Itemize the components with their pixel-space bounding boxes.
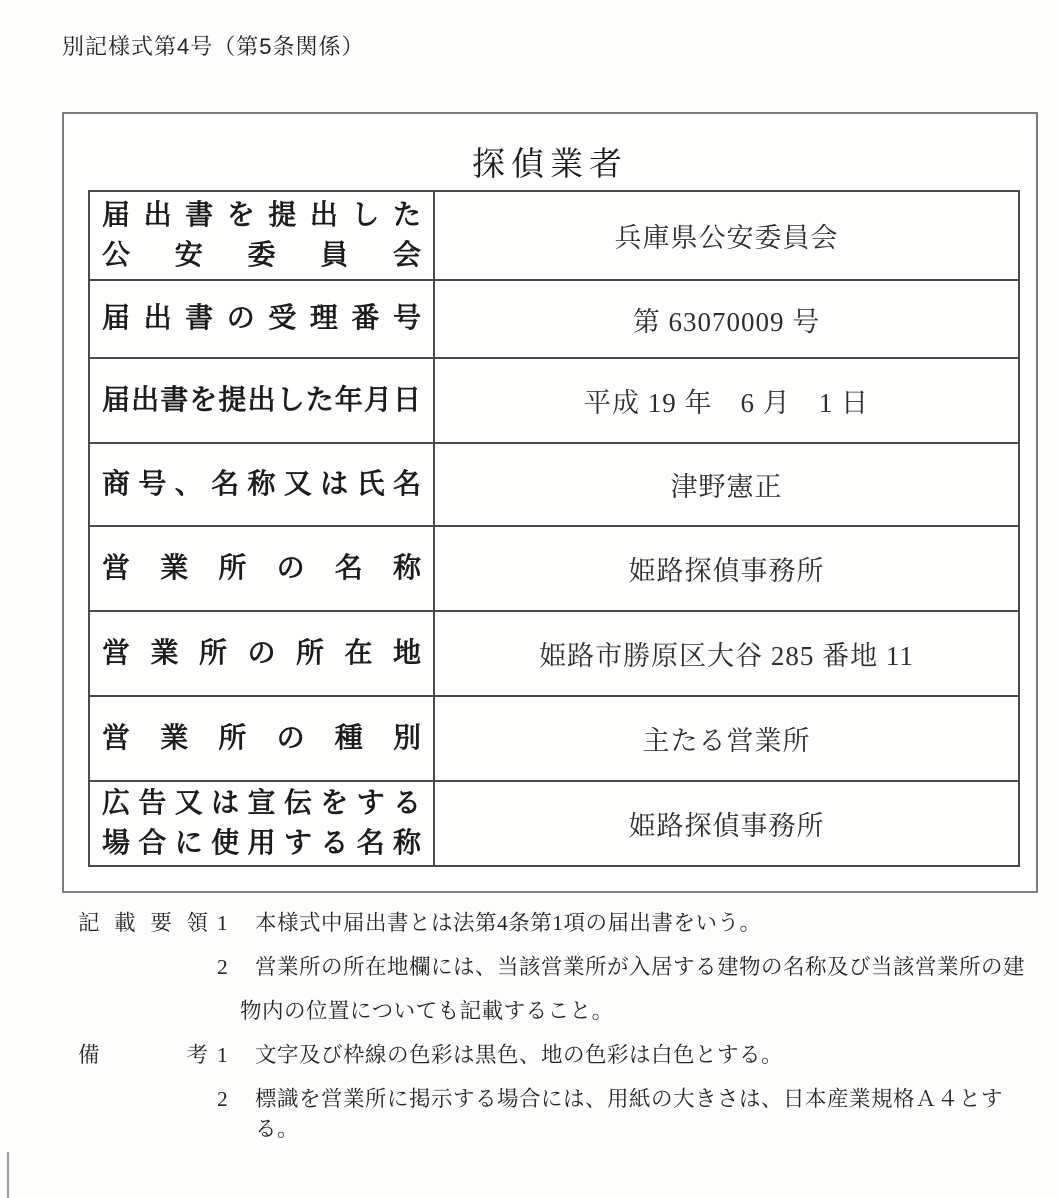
row-label-office-address: 営業所の所在地 bbox=[89, 611, 434, 696]
plate-outer-box: 探偵業者 届出書を提出した 公安委員会 兵庫県公安委員会 届出書の受理番号 第 … bbox=[62, 112, 1038, 893]
row-label-office-type: 営業所の種別 bbox=[89, 696, 434, 781]
guideline-label-spacer bbox=[78, 952, 208, 982]
row-label-submission-date: 届出書を提出した年月日 bbox=[89, 358, 434, 443]
table-row: 営業所の所在地 姫路市勝原区大谷 285 番地 11 bbox=[89, 611, 1019, 696]
remark-1-text: 文字及び枠線の色彩は黒色、地の色彩は白色とする。 bbox=[255, 1040, 1043, 1070]
table-row: 商号、名称又は氏名 津野憲正 bbox=[89, 443, 1019, 526]
guideline-2-text-line2: 物内の位置についても記載すること。 bbox=[240, 996, 1043, 1026]
plate-title: 探偵業者 bbox=[64, 138, 1036, 185]
guideline-2-text-line1: 営業所の所在地欄には、当該営業所が入居する建物の名称及び当該営業所の建 bbox=[255, 952, 1043, 982]
remarks-label: 備考 bbox=[78, 1040, 208, 1070]
continuation-spacer bbox=[78, 996, 240, 1026]
row-label-line: 公安委員会 bbox=[102, 236, 421, 276]
row-label-line: 場合に使用する名称 bbox=[102, 824, 421, 864]
scan-edge-artifact bbox=[7, 1152, 9, 1198]
row-value-public-safety-commission: 兵庫県公安委員会 bbox=[434, 191, 1019, 280]
row-value-office-name: 姫路探偵事務所 bbox=[434, 526, 1019, 611]
guideline-1-text: 本様式中届出書とは法第4条第1項の届出書をいう。 bbox=[255, 908, 1043, 938]
row-label-receipt-number: 届出書の受理番号 bbox=[89, 280, 434, 358]
guideline-item-2-continuation: 物内の位置についても記載すること。 bbox=[78, 996, 1043, 1026]
guideline-label: 記載要領 bbox=[78, 908, 208, 938]
remark-2-number: 2 bbox=[208, 1084, 255, 1144]
row-label-trade-name: 商号、名称又は氏名 bbox=[89, 443, 434, 526]
guideline-2-number: 2 bbox=[208, 952, 255, 982]
guideline-1-number: 1 bbox=[208, 908, 255, 938]
remark-1-number: 1 bbox=[208, 1040, 255, 1070]
row-label-line: 広告又は宣伝をする bbox=[102, 784, 421, 824]
remark-item-1: 備考 1 文字及び枠線の色彩は黒色、地の色彩は白色とする。 bbox=[78, 1040, 1043, 1070]
row-label-line: 営業所の所在地 bbox=[102, 634, 421, 674]
footer-notes: 記載要領 1 本様式中届出書とは法第4条第1項の届出書をいう。 2 営業所の所在… bbox=[78, 908, 1043, 1158]
row-label-line: 届出書を提出した bbox=[102, 196, 421, 236]
row-value-office-type: 主たる営業所 bbox=[434, 696, 1019, 781]
row-label-line: 商号、名称又は氏名 bbox=[102, 465, 421, 505]
row-label-line: 営業所の種別 bbox=[102, 719, 421, 759]
remark-item-2: 2 標識を営業所に掲示する場合には、用紙の大きさは、日本産業規格Ａ４とする。 bbox=[78, 1084, 1043, 1144]
remark-2-text: 標識を営業所に掲示する場合には、用紙の大きさは、日本産業規格Ａ４とする。 bbox=[255, 1084, 1043, 1144]
table-row: 届出書の受理番号 第 63070009 号 bbox=[89, 280, 1019, 358]
row-value-office-address: 姫路市勝原区大谷 285 番地 11 bbox=[434, 611, 1019, 696]
row-label-line: 営業所の名称 bbox=[102, 549, 421, 589]
form-number: 別記様式第4号（第5条関係） bbox=[62, 30, 364, 61]
row-value-receipt-number: 第 63070009 号 bbox=[434, 280, 1019, 358]
table-row: 広告又は宣伝をする 場合に使用する名称 姫路探偵事務所 bbox=[89, 781, 1019, 866]
row-label-line: 届出書の受理番号 bbox=[102, 299, 421, 339]
remarks-label-spacer bbox=[78, 1084, 208, 1144]
table-row: 営業所の名称 姫路探偵事務所 bbox=[89, 526, 1019, 611]
row-value-submission-date: 平成 19 年 6 月 1 日 bbox=[434, 358, 1019, 443]
row-label-line: 届出書を提出した年月日 bbox=[102, 381, 421, 421]
row-label-public-safety-commission: 届出書を提出した 公安委員会 bbox=[89, 191, 434, 280]
row-label-office-name: 営業所の名称 bbox=[89, 526, 434, 611]
row-label-advertising-name: 広告又は宣伝をする 場合に使用する名称 bbox=[89, 781, 434, 866]
registration-table: 届出書を提出した 公安委員会 兵庫県公安委員会 届出書の受理番号 第 63070… bbox=[88, 190, 1020, 867]
table-row: 届出書を提出した年月日 平成 19 年 6 月 1 日 bbox=[89, 358, 1019, 443]
row-value-advertising-name: 姫路探偵事務所 bbox=[434, 781, 1019, 866]
guideline-item-1: 記載要領 1 本様式中届出書とは法第4条第1項の届出書をいう。 bbox=[78, 908, 1043, 938]
table-row: 営業所の種別 主たる営業所 bbox=[89, 696, 1019, 781]
guideline-item-2: 2 営業所の所在地欄には、当該営業所が入居する建物の名称及び当該営業所の建 bbox=[78, 952, 1043, 982]
table-row: 届出書を提出した 公安委員会 兵庫県公安委員会 bbox=[89, 191, 1019, 280]
row-value-trade-name: 津野憲正 bbox=[434, 443, 1019, 526]
